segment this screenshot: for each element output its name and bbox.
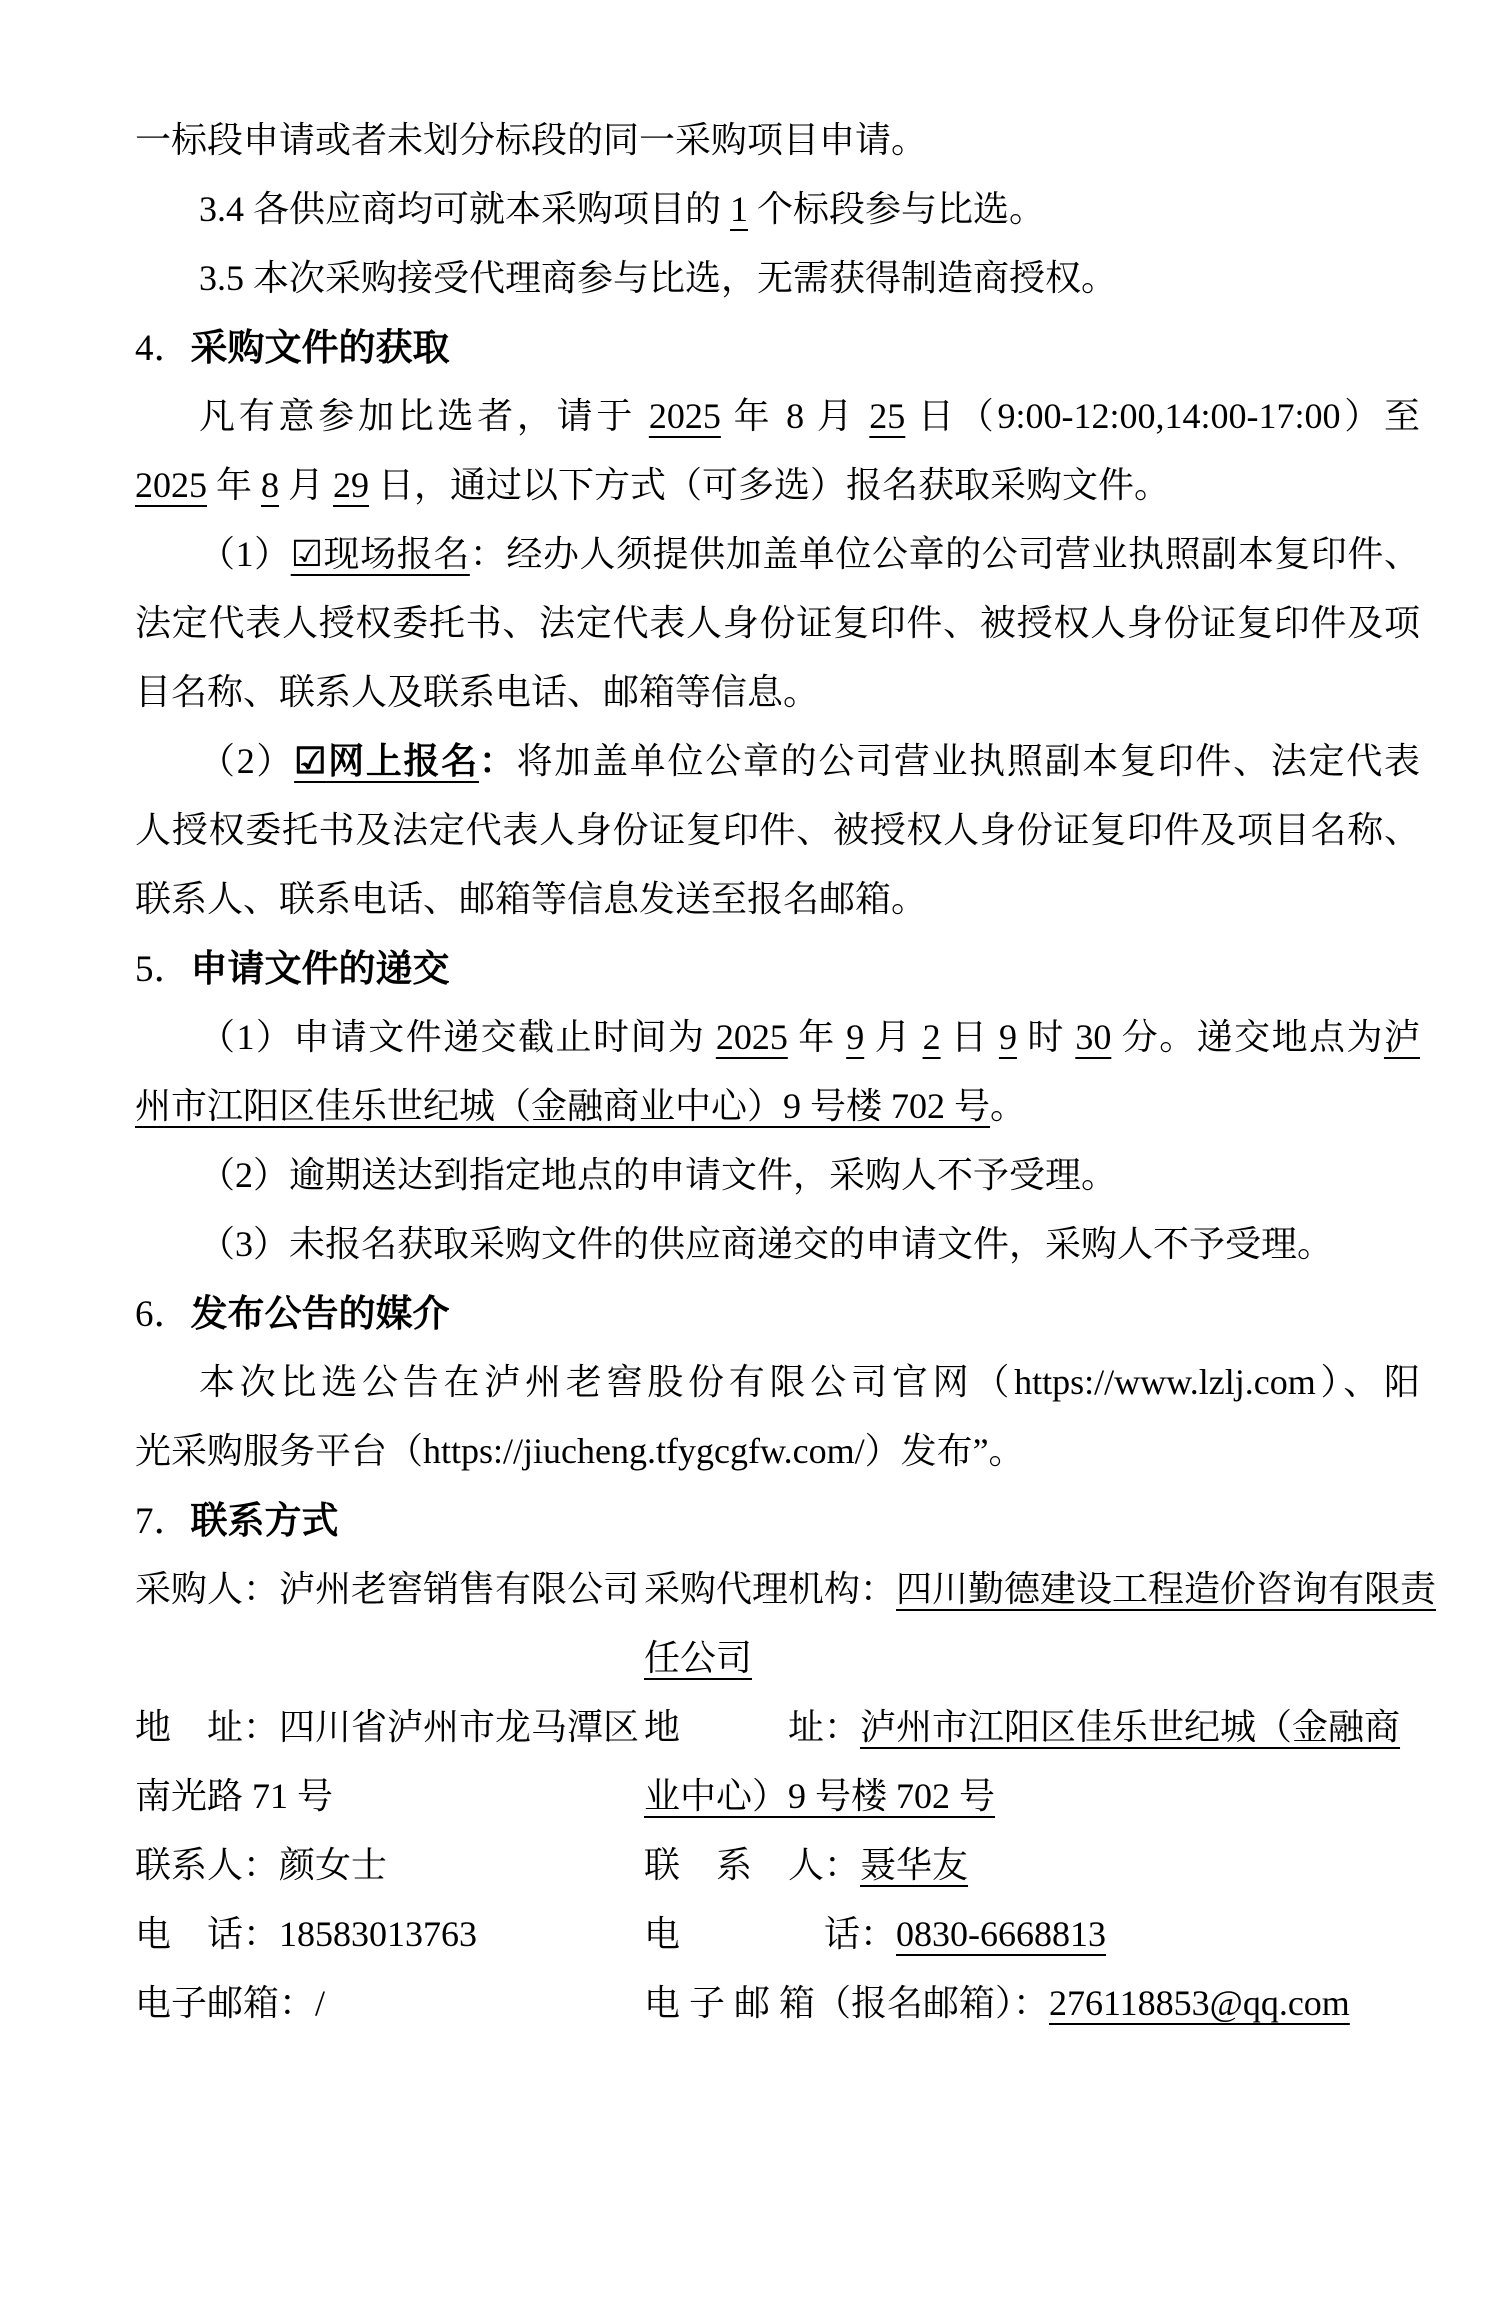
section-heading: 7．联系方式 — [135, 1486, 1420, 1555]
text-segment: 日，通过以下方式（可多选）报名获取采购文件。 — [369, 465, 1170, 505]
text-segment: （1） — [199, 534, 291, 574]
text-segment: （1）申请文件递交截止时间为 — [199, 1017, 716, 1057]
contact-purchaser-column: 采购人：泸州老窖销售有限公司地 址：四川省泸州市龙马潭区南光路 71 号联系人：… — [135, 1555, 644, 2038]
contact-line: 电 话：0830-6668813 — [644, 1900, 1420, 1969]
text-segment: 电子邮箱：/ — [135, 1983, 325, 2023]
text-segment: （3）未报名获取采购文件的供应商递交的申请文件，采购人不予受理。 — [199, 1224, 1333, 1264]
text-segment: 2025 — [135, 465, 207, 505]
text-segment: 电 子 邮 箱（报名邮箱）： — [644, 1983, 1049, 2023]
text-segment: 发布公告的媒介 — [191, 1293, 450, 1334]
text-segment: 凡有意参加比选者，请于 — [199, 396, 649, 436]
contact-line: 地 址：四川省泸州市龙马潭区 — [135, 1693, 644, 1762]
contact-line: 任公司 — [644, 1624, 1420, 1693]
contact-line: 电子邮箱：/ — [135, 1969, 644, 2038]
contact-line: 采购人：泸州老窖销售有限公司 — [135, 1555, 644, 1624]
text-line: 法定代表人授权委托书、法定代表人身份证复印件、被授权人身份证复印件及项 — [135, 589, 1420, 658]
document-body: 一标段申请或者未划分标段的同一采购项目申请。3.4 各供应商均可就本采购项目的 … — [135, 106, 1420, 2038]
text-segment: 年 8 月 — [721, 396, 869, 436]
text-segment: 州市江阳区佳乐世纪城（金融商业中心）9 号楼 702 号 — [135, 1086, 990, 1126]
text-segment: 人授权委托书及法定代表人身份证复印件、被授权人身份证复印件及项目名称、 — [135, 810, 1420, 850]
text-segment: 联系人：颜女士 — [135, 1845, 387, 1885]
text-segment: 2025 — [649, 396, 721, 436]
text-line: 一标段申请或者未划分标段的同一采购项目申请。 — [135, 106, 1420, 175]
text-segment: 1 — [730, 189, 748, 229]
contact-line: 联系人：颜女士 — [135, 1831, 644, 1900]
text-segment: 电 话：18583013763 — [135, 1914, 477, 1954]
text-segment: 泸州市江阳区佳乐世纪城（金融商 — [860, 1707, 1400, 1747]
text-line: （1）申请文件递交截止时间为 2025 年 9 月 2 日 9 时 30 分。递… — [135, 1003, 1420, 1072]
text-segment: 法定代表人授权委托书、法定代表人身份证复印件、被授权人身份证复印件及项 — [135, 603, 1420, 643]
contact-line: 南光路 71 号 — [135, 1762, 644, 1831]
text-line: 人授权委托书及法定代表人身份证复印件、被授权人身份证复印件及项目名称、 — [135, 796, 1420, 865]
contact-line: 联 系 人：聂华友 — [644, 1831, 1420, 1900]
text-segment: 目名称、联系人及联系电话、邮箱等信息。 — [135, 672, 819, 712]
text-segment: 泸 — [1384, 1017, 1420, 1057]
text-segment: 4． — [135, 328, 191, 369]
text-segment: 联 系 人： — [644, 1845, 860, 1885]
text-line: 联系人、联系电话、邮箱等信息发送至报名邮箱。 — [135, 865, 1420, 934]
text-segment: 7． — [135, 1501, 191, 1542]
text-segment: 8 — [261, 465, 279, 505]
contact-line: 电 话：18583013763 — [135, 1900, 644, 1969]
text-segment: 南光路 71 号 — [135, 1776, 333, 1816]
text-segment: 日（9:00-12:00,14:00-17:00）至 — [905, 396, 1420, 436]
text-segment: （2） — [199, 741, 294, 781]
text-line: 凡有意参加比选者，请于 2025 年 8 月 25 日（9:00-12:00,1… — [135, 382, 1420, 451]
section-heading: 4．采购文件的获取 — [135, 313, 1420, 382]
text-line: 2025 年 8 月 29 日，通过以下方式（可多选）报名获取采购文件。 — [135, 451, 1420, 520]
text-segment: 申请文件的递交 — [191, 948, 450, 989]
text-segment: 业中心）9 号楼 702 号 — [644, 1776, 995, 1816]
text-segment: 将加盖单位公章的公司营业执照副本复印件、法定代表 — [517, 741, 1420, 781]
text-segment: ： — [479, 741, 517, 781]
text-segment: 5． — [135, 949, 191, 990]
text-line: 本次比选公告在泸州老窖股份有限公司官网（https://www.lzlj.com… — [135, 1348, 1420, 1417]
text-segment: 30 — [1075, 1017, 1111, 1057]
text-segment: 联系方式 — [191, 1500, 339, 1541]
contact-line — [135, 1624, 644, 1693]
text-segment: 一标段申请或者未划分标段的同一采购项目申请。 — [135, 120, 927, 160]
text-segment: 月 — [279, 465, 333, 505]
text-line: 光采购服务平台（https://jiucheng.tfygcgfw.com/）发… — [135, 1417, 1420, 1486]
text-line: （2）逾期送达到指定地点的申请文件，采购人不予受理。 — [135, 1141, 1420, 1210]
text-segment: 地 址：四川省泸州市龙马潭区 — [135, 1707, 639, 1747]
text-segment: 2 — [923, 1017, 941, 1057]
contact-line: 业中心）9 号楼 702 号 — [644, 1762, 1420, 1831]
text-segment: 276118853@qq.com — [1049, 1983, 1350, 2023]
text-segment: 采购文件的获取 — [191, 327, 450, 368]
text-segment: 分。递交地点为 — [1111, 1017, 1384, 1057]
text-segment: 采购人：泸州老窖销售有限公司 — [135, 1569, 639, 1609]
checkbox-checked-icon: ☑ — [291, 534, 323, 574]
text-segment: 网上报名 — [326, 741, 479, 781]
text-segment: 3.4 各供应商均可就本采购项目的 — [199, 189, 730, 229]
text-segment: 。 — [990, 1086, 1026, 1126]
text-segment: 日 — [941, 1017, 999, 1057]
text-segment: 3.5 本次采购接受代理商参与比选，无需获得制造商授权。 — [199, 258, 1117, 298]
section-heading: 6．发布公告的媒介 — [135, 1279, 1420, 1348]
text-segment: 2025 — [716, 1017, 788, 1057]
text-segment: 现场报名 — [323, 534, 470, 574]
text-segment: 6． — [135, 1294, 191, 1335]
text-segment: 年 — [788, 1017, 846, 1057]
contact-agency-column: 采购代理机构：四川勤德建设工程造价咨询有限责任公司地 址：泸州市江阳区佳乐世纪城… — [644, 1555, 1420, 2038]
contact-section: 采购人：泸州老窖销售有限公司地 址：四川省泸州市龙马潭区南光路 71 号联系人：… — [135, 1555, 1420, 2038]
text-segment: 地 址： — [644, 1707, 860, 1747]
text-segment: 9 — [846, 1017, 864, 1057]
text-segment: ：经办人须提供加盖单位公章的公司营业执照副本复印件、 — [470, 534, 1420, 574]
text-line: 目名称、联系人及联系电话、邮箱等信息。 — [135, 658, 1420, 727]
text-segment: 月 — [864, 1017, 922, 1057]
text-segment: 25 — [869, 396, 905, 436]
text-segment: 电 话： — [644, 1914, 896, 1954]
contact-line: 采购代理机构：四川勤德建设工程造价咨询有限责 — [644, 1555, 1420, 1624]
text-segment: 任公司 — [644, 1638, 752, 1678]
text-segment: 9 — [999, 1017, 1017, 1057]
text-segment: 本次比选公告在泸州老窖股份有限公司官网（https://www.lzlj.com… — [199, 1362, 1420, 1402]
text-segment: 聂华友 — [860, 1845, 968, 1885]
text-line: 3.5 本次采购接受代理商参与比选，无需获得制造商授权。 — [135, 244, 1420, 313]
text-line: 州市江阳区佳乐世纪城（金融商业中心）9 号楼 702 号。 — [135, 1072, 1420, 1141]
text-segment: 联系人、联系电话、邮箱等信息发送至报名邮箱。 — [135, 879, 927, 919]
contact-line: 电 子 邮 箱（报名邮箱）：276118853@qq.com — [644, 1969, 1420, 2038]
text-segment: 采购代理机构： — [644, 1569, 896, 1609]
text-segment: 个标段参与比选。 — [748, 189, 1045, 229]
text-line: 3.4 各供应商均可就本采购项目的 1 个标段参与比选。 — [135, 175, 1420, 244]
text-segment: 光采购服务平台（https://jiucheng.tfygcgfw.com/）发… — [135, 1431, 1025, 1471]
text-segment: 四川勤德建设工程造价咨询有限责 — [896, 1569, 1436, 1609]
section-heading: 5．申请文件的递交 — [135, 934, 1420, 1003]
document-page: 一标段申请或者未划分标段的同一采购项目申请。3.4 各供应商均可就本采购项目的 … — [0, 0, 1500, 2309]
text-line: （1）☑现场报名：经办人须提供加盖单位公章的公司营业执照副本复印件、 — [135, 520, 1420, 589]
text-segment: 29 — [333, 465, 369, 505]
text-segment: 时 — [1017, 1017, 1075, 1057]
text-segment: （2）逾期送达到指定地点的申请文件，采购人不予受理。 — [199, 1155, 1117, 1195]
checkbox-checked-icon: ☑ — [294, 741, 326, 781]
text-segment: 年 — [207, 465, 261, 505]
text-line: （2）☑网上报名：将加盖单位公章的公司营业执照副本复印件、法定代表 — [135, 727, 1420, 796]
text-line: （3）未报名获取采购文件的供应商递交的申请文件，采购人不予受理。 — [135, 1210, 1420, 1279]
contact-line: 地 址：泸州市江阳区佳乐世纪城（金融商 — [644, 1693, 1420, 1762]
text-segment: 0830-6668813 — [896, 1914, 1106, 1954]
